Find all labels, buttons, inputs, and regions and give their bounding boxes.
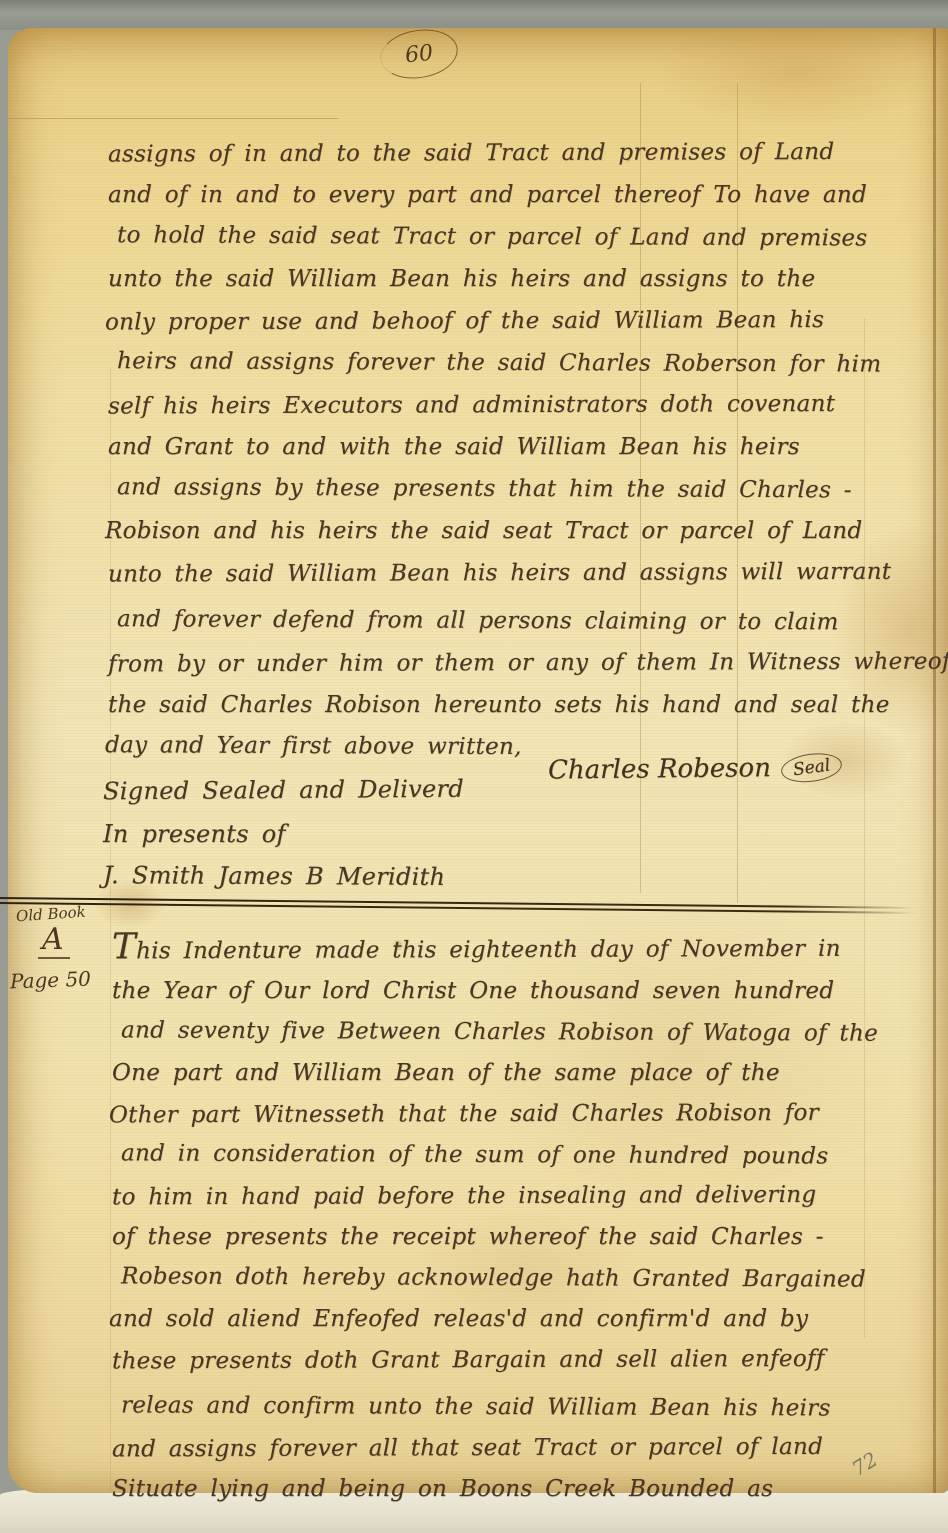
manuscript-line: the said Charles Robison hereunto sets h… — [108, 684, 948, 726]
divider-line — [0, 897, 916, 909]
attestation-in-presents: In presents of — [103, 820, 286, 848]
manuscript-line: from by or under him or them or any of t… — [108, 641, 948, 686]
manuscript-line: self his heirs Executors and administrat… — [108, 383, 948, 428]
manuscript-line: Other part Witnesseth that the said Char… — [109, 1093, 878, 1137]
manuscript-line: and of in and to every part and parcel t… — [108, 174, 948, 216]
deed-conclusion-text: assigns of in and to the said Tract and … — [108, 132, 948, 768]
manuscript-line: Situate lying and being on Boons Creek B… — [112, 1469, 878, 1510]
signature-line: Charles Robeson Seal — [548, 752, 842, 785]
margin-page-reference: Page 50 — [10, 967, 92, 994]
manuscript-line: One part and William Bean of the same pl… — [112, 1053, 878, 1094]
manuscript-line: to him in hand paid before the insealing… — [112, 1175, 878, 1219]
page-number: 60 — [404, 40, 434, 68]
attestation-text: J. Smith James B Meridith — [103, 861, 445, 891]
manuscript-line: This Indenture made this eighteenth day … — [112, 924, 878, 973]
manuscript-line: these presents doth Grant Bargain and se… — [112, 1339, 878, 1383]
manuscript-line: of these presents the receipt whereof th… — [112, 1217, 878, 1258]
manuscript-line: and assigns by these presents that him t… — [117, 466, 948, 512]
manuscript-line: and forever defend from all persons clai… — [117, 598, 948, 644]
ledger-page: 60 assigns of in and to the said Tract a… — [8, 28, 948, 1493]
page-number-circle: 60 — [377, 24, 462, 84]
manuscript-line: heirs and assigns forever the said Charl… — [117, 340, 948, 386]
attestation-signed-sealed: Signed Sealed and Deliverd — [103, 775, 464, 806]
scanner-edge-strip — [0, 0, 948, 30]
attestation-text: In presents of — [103, 820, 286, 848]
attestation-text: Signed Sealed and Deliverd — [103, 775, 464, 806]
ledger-rule-horizontal — [8, 118, 338, 119]
manuscript-line: and sold aliend Enfeofed releas'd and co… — [109, 1299, 878, 1340]
manuscript-line: unto the said William Bean his heirs and… — [108, 258, 948, 300]
manuscript-line: and assigns forever all that seat Tract … — [112, 1427, 878, 1471]
indenture-text: This Indenture made this eighteenth day … — [112, 925, 878, 1510]
manuscript-line: and in consideration of the sum of one h… — [121, 1133, 878, 1177]
margin-book-letter: A — [38, 922, 70, 959]
section-divider-rule — [0, 897, 916, 915]
seal-mark: Seal — [779, 750, 843, 786]
manuscript-line: the Year of Our lord Christ One thousand… — [112, 971, 878, 1012]
manuscript-line: Robeson doth hereby acknowledge hath Gra… — [121, 1256, 878, 1300]
manuscript-line: unto the said William Bean his heirs and… — [108, 551, 948, 596]
witness-names: J. Smith James B Meridith — [103, 861, 445, 891]
manuscript-line: assigns of in and to the said Tract and … — [108, 131, 948, 176]
manuscript-line: and seventy five Between Charles Robison… — [121, 1010, 878, 1054]
manuscript-line: Robison and his heirs the said seat Trac… — [105, 510, 948, 552]
manuscript-line: only proper use and behoof of the said W… — [105, 299, 948, 344]
divider-line — [0, 902, 916, 914]
manuscript-line: and Grant to and with the said William B… — [108, 426, 948, 468]
scanned-document: 60 assigns of in and to the said Tract a… — [0, 0, 948, 1533]
manuscript-line: to hold the said seat Tract or parcel of… — [117, 214, 948, 260]
grantor-signature: Charles Robeson — [548, 753, 771, 785]
manuscript-line: releas and confirm unto the said William… — [121, 1385, 878, 1429]
